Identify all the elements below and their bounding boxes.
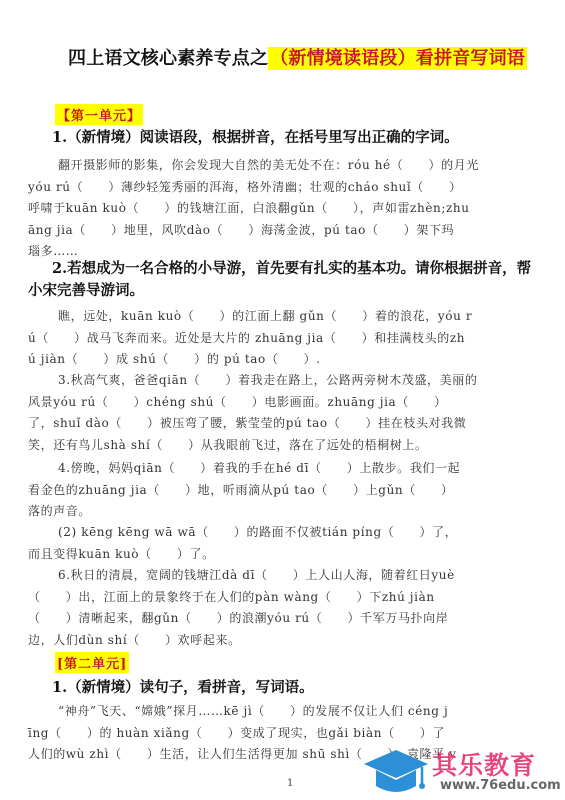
line: 而且变得kuān kuò（ ）了。 [28,544,538,566]
graduation-cap-icon [362,748,430,800]
line: ú（ ）战马飞奔而来。近处是大片的 zhuāng jia（ ）和挂满枝头的zh [28,328,538,350]
document-page: 四上语文核心素养专点之（新情境读语段）看拼音写词语 【第一单元】 1.（新情境）… [0,0,565,800]
watermark: 其乐教育 www.76edu.com [362,744,562,800]
line: ú jiàn（ ）成 shú（ ）的 pú tao（ ）. [28,349,538,371]
watermark-url: www.76edu.com [440,778,561,793]
line: 3.秋高气爽，爸爸qiān（ ）着我走在路上，公路两旁树木茂盛，美丽的 [28,370,538,392]
unit-1-q3-paragraph: 3.秋高气爽，爸爸qiān（ ）着我走在路上，公路两旁树木茂盛，美丽的 风景yó… [28,370,538,456]
title-prefix: 四上语文核心素养专点之 [68,48,268,69]
unit-1-q5-paragraph: (2) kēng kēng wā wā（ ）的路面不仅被tián píng（ ）… [28,522,538,565]
unit-2-label: [第二单元] [55,652,129,673]
unit-1-label: 【第一单元】 [55,104,143,125]
line: āng jia（ ）地里，风吹dào（ ）海荡金波，pú tao（ ）架下玛 [28,220,538,242]
title-highlight: （新情境读语段）看拼音写词语 [268,47,527,70]
line: 呼啸于kuān kuò（ ）的钱塘江面，白浪翻gǔn（ ），声如雷zhèn;zh… [28,198,538,220]
line: （ ）清晰起来，翻gǔn（ ）的浪潮yóu rú（ ）千军万马扑向岸 [28,608,538,630]
line: 边，人们dùn shí（ ）欢呼起来。 [28,630,538,652]
line: (2) kēng kēng wā wā（ ）的路面不仅被tián píng（ ）… [28,522,538,544]
unit-1-q4-paragraph: 4.傍晚，妈妈qiān（ ）着我的手在hé dī（ ）上散步。我们一起 看金色的… [28,458,538,523]
line: 翻开摄影师的影集，你会发现大自然的美无处不在：róu hé（ ）的月光 [28,155,538,177]
line: 瞧，远处，kuān kuò（ ）的江面上翻 gǔn（ ）着的浪花，yóu r [28,306,538,328]
line: （ ）出，江面上的景象终于在人们的pàn wàng（ ）下zhú jiàn [28,587,538,609]
page-title: 四上语文核心素养专点之（新情境读语段）看拼音写词语 [68,44,558,70]
line: 笑，还有鸟儿shà shí（ ）从我眼前飞过，落在了远处的梧桐树上。 [28,435,538,457]
line: 了，shuǐ dào（ ）被压弯了腰，紫莹莹的pú tao（ ）挂在枝头对我微 [28,413,538,435]
line: 6.秋日的清晨，宽阔的钱塘江dà dī（ ）上人山人海，随着红日yuè [28,565,538,587]
line: yóu rú（ ）薄纱轻笼秀丽的洱海，格外清幽；壮观的cháo shuǐ（ ） [28,177,538,199]
unit-1-q1-paragraph: 翻开摄影师的影集，你会发现大自然的美无处不在：róu hé（ ）的月光 yóu … [28,155,538,263]
unit-1-q6-paragraph: 6.秋日的清晨，宽阔的钱塘江dà dī（ ）上人山人海，随着红日yuè （ ）出… [28,565,538,651]
line: 风景yóu rú（ ）chéng shú（ ）电影画面。zhuāng jia（ … [28,392,538,414]
page-number: 1 [287,778,293,789]
unit-1-q1-heading: 1.（新情境）阅读语段，根据拼音，在括号里写出正确的字词。 [52,126,532,147]
line: īng（ ）的 huàn xiǎng（ ）变成了现实，也gǎi biàn（ ）了 [28,723,538,745]
line: 落的声音。 [28,501,538,523]
unit-2-q1-heading: 1.（新情境）读句子，看拼音，写词语。 [52,676,532,697]
line: “神舟”飞天、“嫦娥”探月……kē jì（ ）的发展不仅让人们 céng j [28,701,538,723]
unit-1-q2-paragraph: 瞧，远处，kuān kuò（ ）的江面上翻 gǔn（ ）着的浪花，yóu r ú… [28,306,538,371]
watermark-brand: 其乐教育 [432,746,536,782]
unit-1-q2-heading: 2.若想成为一名合格的小导游，首先要有扎实的基本功。请你根据拼音，帮小宋完善导游… [28,258,538,302]
line: 4.傍晚，妈妈qiān（ ）着我的手在hé dī（ ）上散步。我们一起 [28,458,538,480]
line: 看金色的zhuāng jia（ ）地，听雨滴从pú tao（ ）上gǔn（ ） [28,480,538,502]
